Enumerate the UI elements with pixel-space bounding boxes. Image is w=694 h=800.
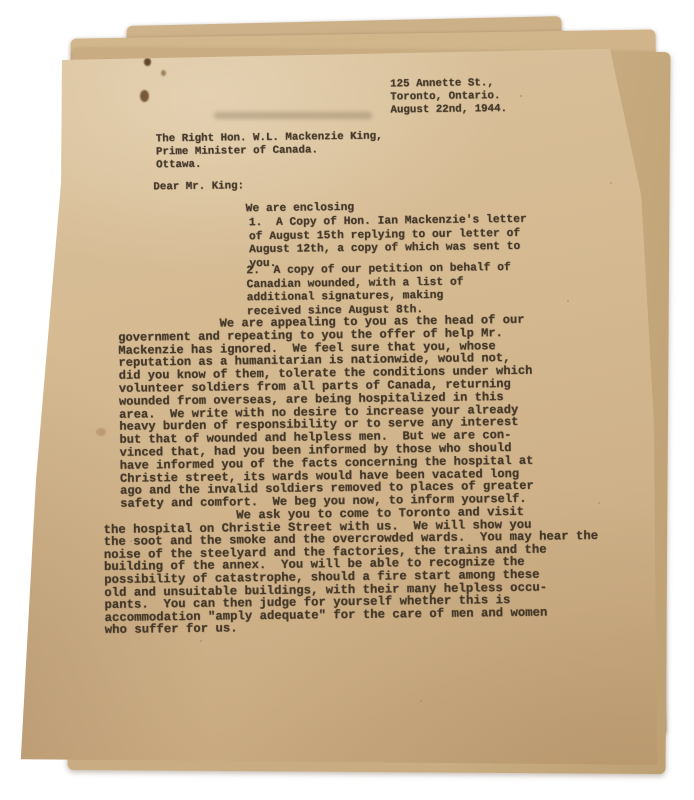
salutation: Dear Mr. King: — [153, 180, 244, 194]
body-paragraph-2: We ask you to come to Toronto and visit … — [103, 505, 599, 637]
body-paragraph-1: We are appealing to you as the head of o… — [118, 314, 534, 511]
recipient-block: The Right Hon. W.L. Mackenzie King, Prim… — [156, 131, 383, 173]
sender-address-block: 125 Annette St., Toronto, Ontario. Augus… — [390, 77, 507, 117]
photo-canvas: 125 Annette St., Toronto, Ontario. Augus… — [0, 0, 694, 800]
enclosure-item-2: 2. A copy of our petition on behalf of C… — [246, 262, 511, 319]
letter-page: 125 Annette St., Toronto, Ontario. Augus… — [0, 0, 694, 800]
paper-specks — [0, 0, 2, 2]
typewritten-letter: 125 Annette St., Toronto, Ontario. Augus… — [0, 0, 694, 800]
enclosure-intro: We are enclosing — [246, 202, 355, 217]
